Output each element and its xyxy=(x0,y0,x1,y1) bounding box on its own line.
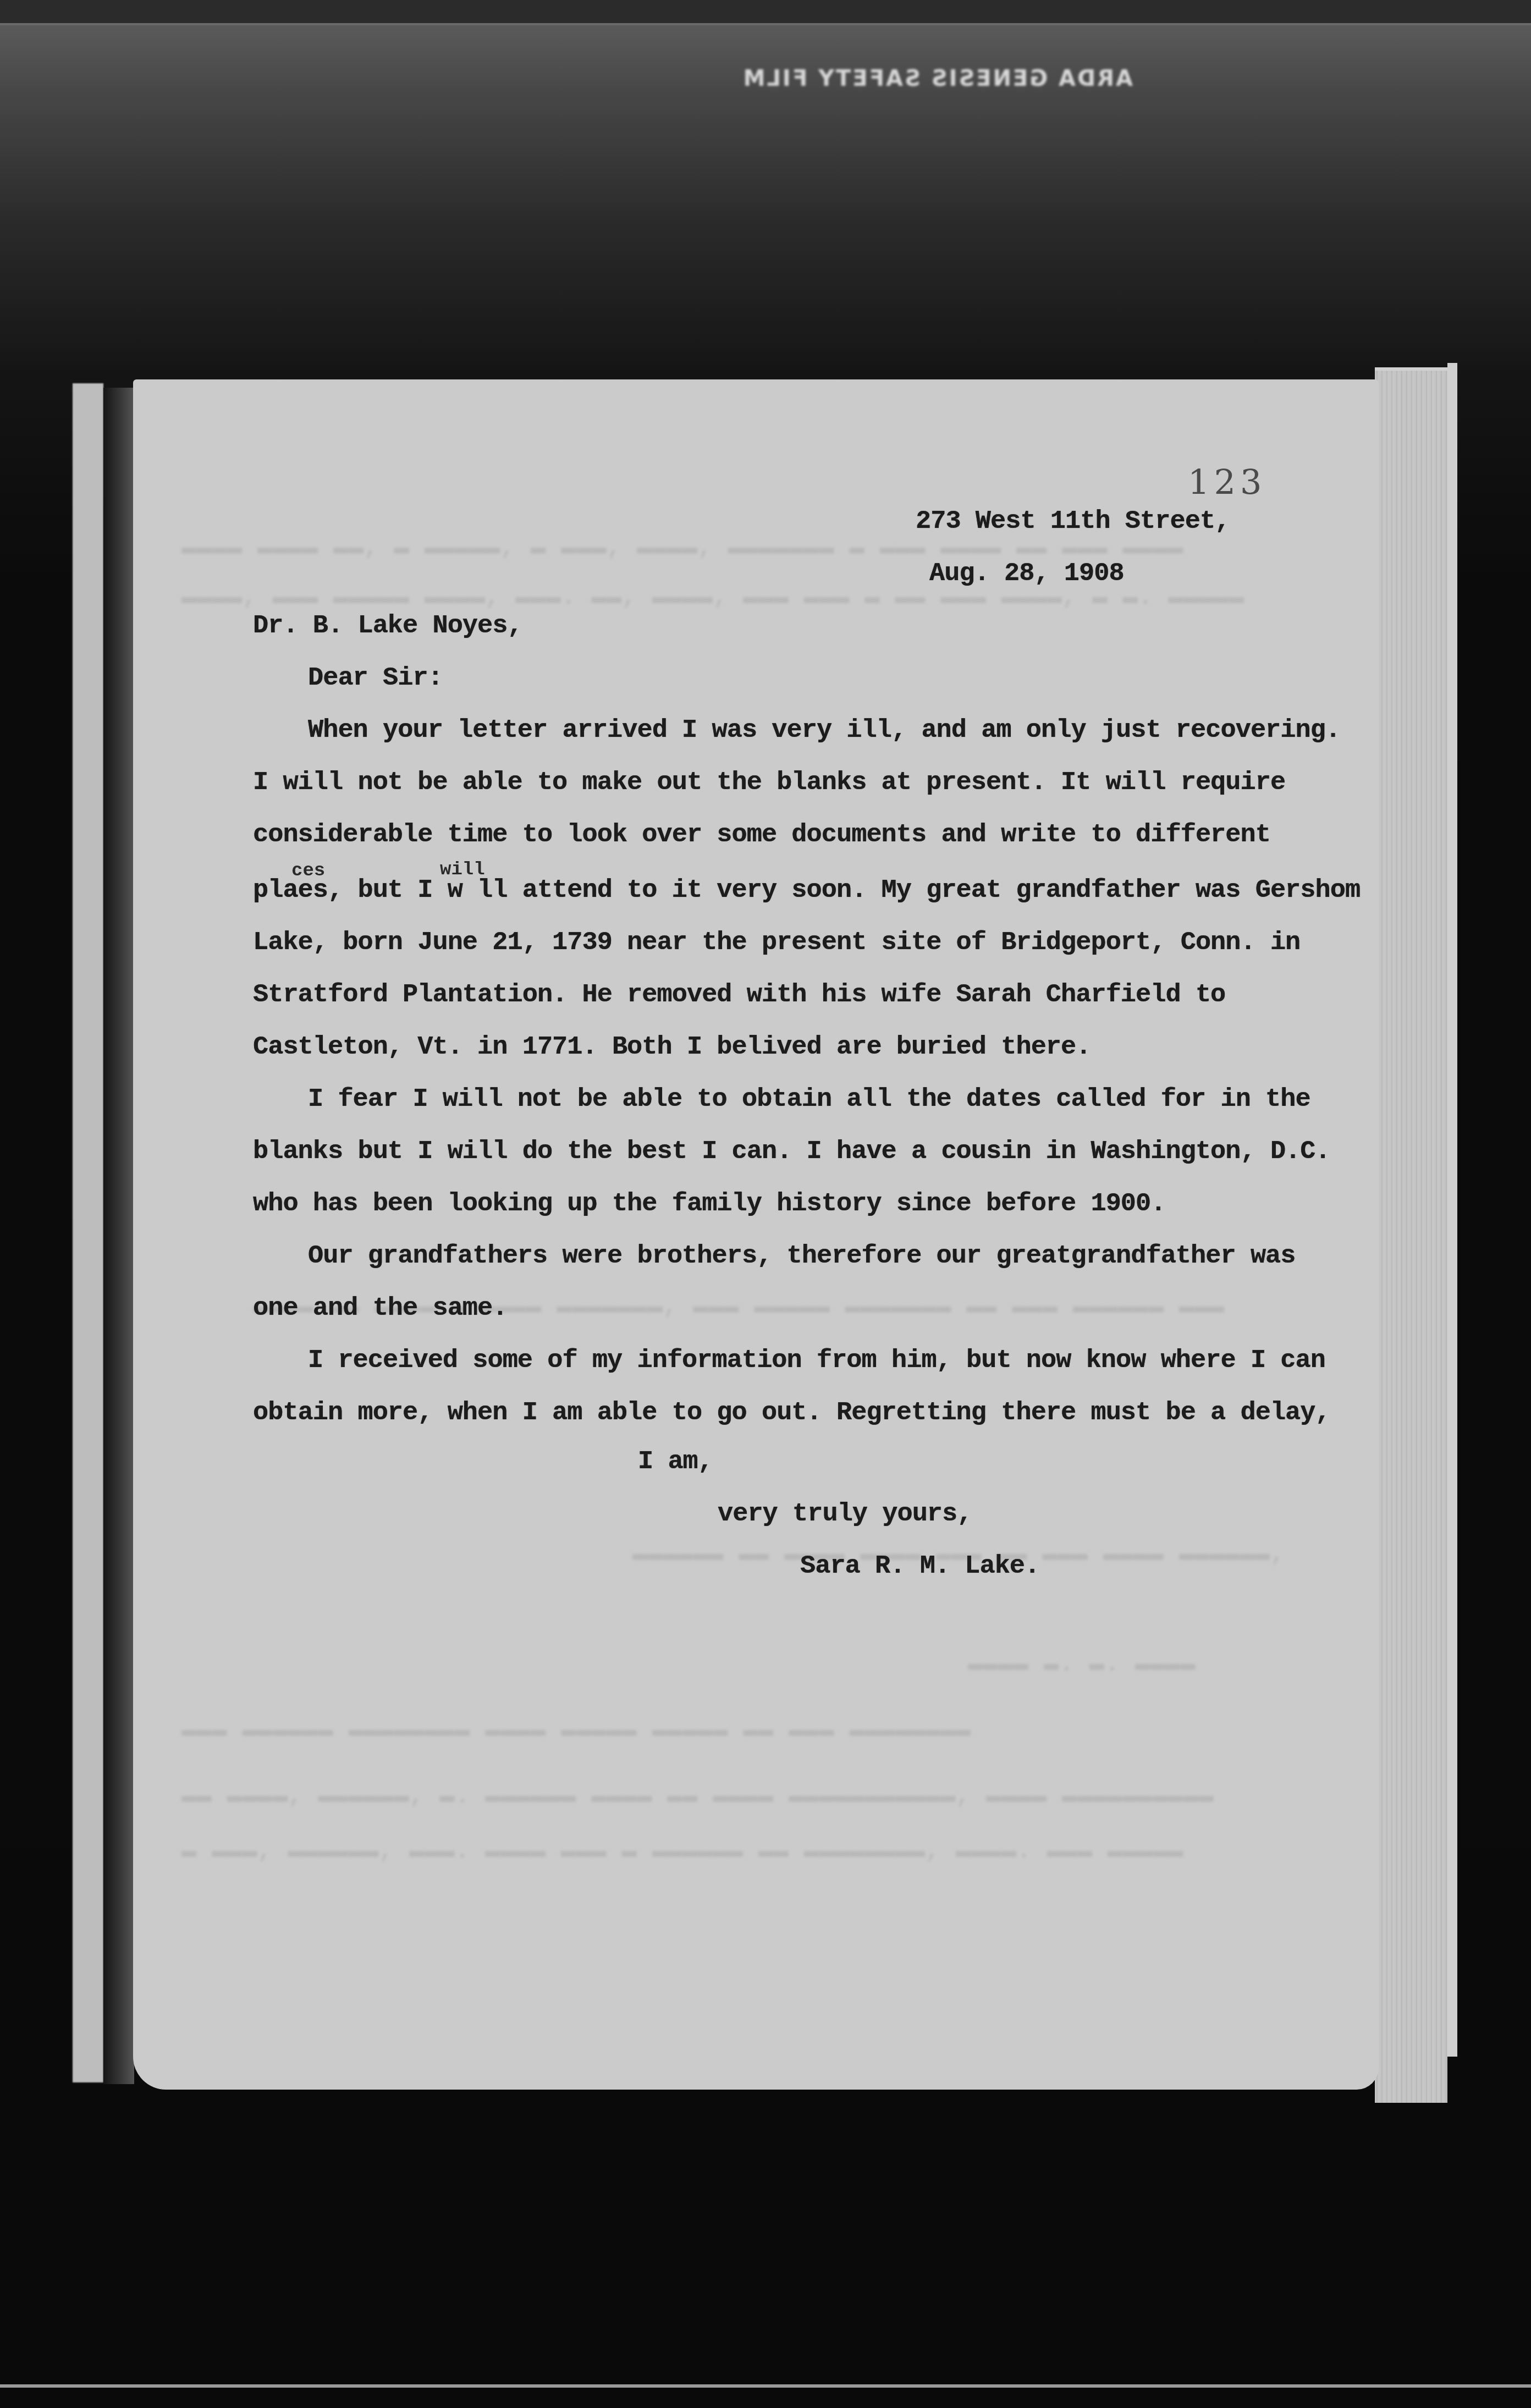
recipient-name: Dr. B. Lake Noyes, xyxy=(253,611,522,641)
bleed-through-text: ▬▬ ▬▬▬▬, ▬▬▬▬▬▬, ▬. ▬▬▬▬▬▬ ▬▬▬▬ ▬▬ ▬▬▬▬ … xyxy=(181,1782,1214,1810)
body-line: Our grandfathers were brothers, therefor… xyxy=(308,1242,1296,1271)
book-gutter xyxy=(103,388,134,2084)
body-line: plaes, but I w ll attend to it very soon… xyxy=(253,876,1360,905)
page-number: 123 xyxy=(1188,462,1266,502)
bleed-through-text: ▬▬▬▬ ▬▬▬▬ ▬▬, ▬ ▬▬▬▬▬, ▬ ▬▬▬, ▬▬▬▬, ▬▬▬▬… xyxy=(181,533,1183,562)
body-line: Castleton, Vt. in 1771. Both I belived a… xyxy=(253,1033,1091,1062)
body-line: one and the same. xyxy=(253,1294,507,1323)
film-bottom-edge xyxy=(0,2384,1531,2388)
body-line: I fear I will not be able to obtain all … xyxy=(308,1085,1310,1114)
body-line: blanks but I will do the best I can. I h… xyxy=(253,1137,1330,1166)
body-line: I will not be able to make out the blank… xyxy=(253,768,1285,797)
body-line: Stratford Plantation. He removed with hi… xyxy=(253,980,1225,1010)
bleed-through-text: ▬▬▬ ▬▬▬▬▬▬ ▬▬▬▬▬▬▬▬ ▬▬▬▬ ▬▬▬▬▬ ▬▬▬▬▬ ▬▬ … xyxy=(181,1716,971,1744)
body-line: When your letter arrived I was very ill,… xyxy=(308,716,1340,745)
page-stack-edge xyxy=(1375,367,1447,2103)
facing-page-edge xyxy=(73,383,103,2082)
signature: Sara R. M. Lake. xyxy=(800,1552,1039,1581)
salutation: Dear Sir: xyxy=(308,664,443,693)
bleed-through-text: ▬ ▬▬▬, ▬▬▬▬▬▬, ▬▬▬. ▬▬▬▬ ▬▬▬ ▬ ▬▬▬▬▬▬ ▬▬… xyxy=(181,1837,1183,1865)
body-line: who has been looking up the family histo… xyxy=(253,1189,1165,1219)
film-edge-label: ARDA GENESIS SAFETY FILM xyxy=(781,65,1133,92)
closing-phrase: very truly yours, xyxy=(718,1500,972,1529)
sender-address: 273 West 11th Street, xyxy=(916,507,1230,536)
closing-line: I am, xyxy=(638,1447,713,1476)
body-line: Lake, born June 21, 1739 near the presen… xyxy=(253,928,1300,957)
bleed-through-text: ▬▬▬▬ ▬. ▬. ▬▬▬▬ xyxy=(968,1650,1196,1678)
letter-date: Aug. 28, 1908 xyxy=(929,559,1124,588)
page-stack-outer-edge xyxy=(1447,363,1457,2057)
body-line: considerable time to look over some docu… xyxy=(253,820,1270,850)
film-top-strip xyxy=(0,0,1531,25)
body-line: I received some of my information from h… xyxy=(308,1346,1325,1375)
body-line: obtain more, when I am able to go out. R… xyxy=(253,1398,1330,1428)
